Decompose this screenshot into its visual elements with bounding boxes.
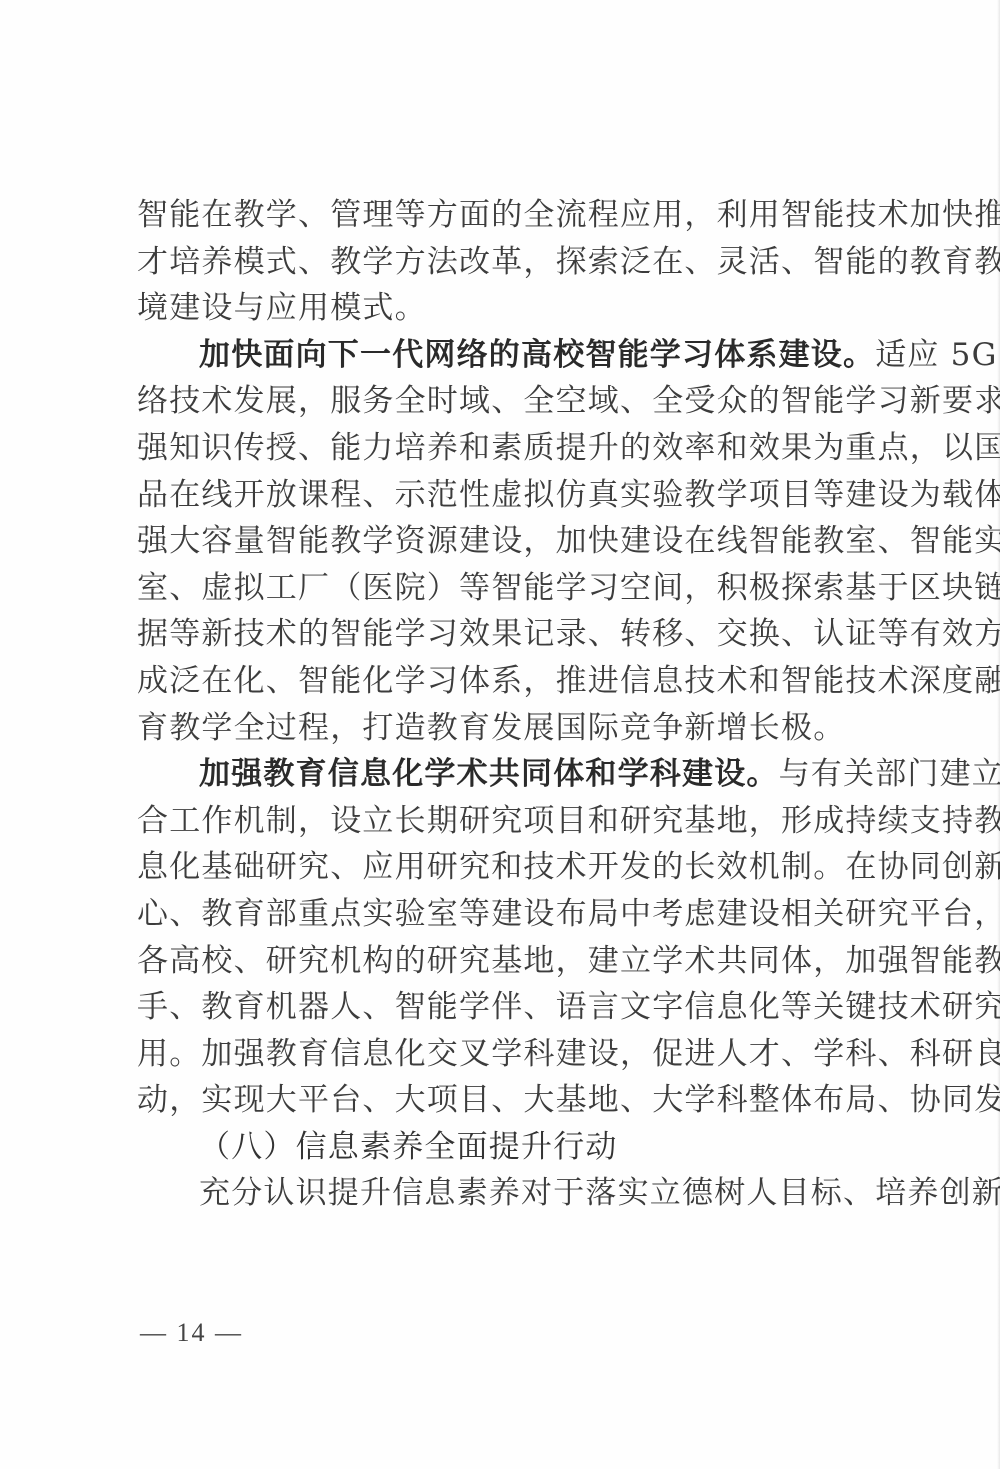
text-line: 心、教育部重点实验室等建设布局中考虑建设相关研究平台，汇聚 — [137, 891, 893, 938]
text-line: 强大容量智能教学资源建设，加快建设在线智能教室、智能实验 — [137, 518, 893, 565]
paragraph-text: 适应 5G 网 — [875, 337, 1000, 373]
text-line: 动，实现大平台、大项目、大基地、大学科整体布局、协同发展。 — [137, 1077, 893, 1124]
text-line: 息化基础研究、应用研究和技术开发的长效机制。在协同创新中 — [137, 844, 893, 891]
paragraph-first-line: 充分认识提升信息素养对于落实立德树人目标、培养创新人 — [137, 1170, 893, 1217]
text-line: 成泛在化、智能化学习体系，推进信息技术和智能技术深度融入教 — [137, 658, 893, 705]
text-line: 络技术发展，服务全时域、全空域、全受众的智能学习新要求，以增 — [137, 378, 893, 425]
paragraph-title: 加快面向下一代网络的高校智能学习体系建设。 — [199, 337, 875, 373]
body-text: 智能在教学、管理等方面的全流程应用，利用智能技术加快推动人 才培养模式、教学方法… — [137, 192, 893, 1217]
text-line: 育教学全过程，打造教育发展国际竞争新增长极。 — [137, 705, 893, 752]
text-line: 手、教育机器人、智能学伴、语言文字信息化等关键技术研究与应 — [137, 984, 893, 1031]
text-line: 合工作机制，设立长期研究项目和研究基地，形成持续支持教育信 — [137, 798, 893, 845]
paragraph-text: 与有关部门建立联 — [779, 756, 1000, 792]
text-line: 强知识传授、能力培养和素质提升的效率和效果为重点，以国家精 — [137, 425, 893, 472]
text-line: 品在线开放课程、示范性虚拟仿真实验教学项目等建设为载体，加 — [137, 472, 893, 519]
text-line: 据等新技术的智能学习效果记录、转移、交换、认证等有效方式，形 — [137, 611, 893, 658]
section-heading: （八）信息素养全面提升行动 — [137, 1124, 893, 1171]
text-line: 境建设与应用模式。 — [137, 285, 893, 332]
text-line: 用。加强教育信息化交叉学科建设，促进人才、学科、科研良性互 — [137, 1031, 893, 1078]
page-number: — 14 — — [140, 1318, 243, 1348]
document-page: 智能在教学、管理等方面的全流程应用，利用智能技术加快推动人 才培养模式、教学方法… — [0, 0, 1000, 1469]
text-line: 智能在教学、管理等方面的全流程应用，利用智能技术加快推动人 — [137, 192, 893, 239]
text-line: 才培养模式、教学方法改革，探索泛在、灵活、智能的教育教学新环 — [137, 239, 893, 286]
paragraph-first-line: 加快面向下一代网络的高校智能学习体系建设。适应 5G 网 — [137, 332, 893, 379]
text-line: 各高校、研究机构的研究基地，建立学术共同体，加强智能教学助 — [137, 938, 893, 985]
text-line: 室、虚拟工厂（医院）等智能学习空间，积极探索基于区块链、大数 — [137, 565, 893, 612]
paragraph-title: 加强教育信息化学术共同体和学科建设。 — [199, 756, 779, 792]
paragraph-first-line: 加强教育信息化学术共同体和学科建设。与有关部门建立联 — [137, 751, 893, 798]
